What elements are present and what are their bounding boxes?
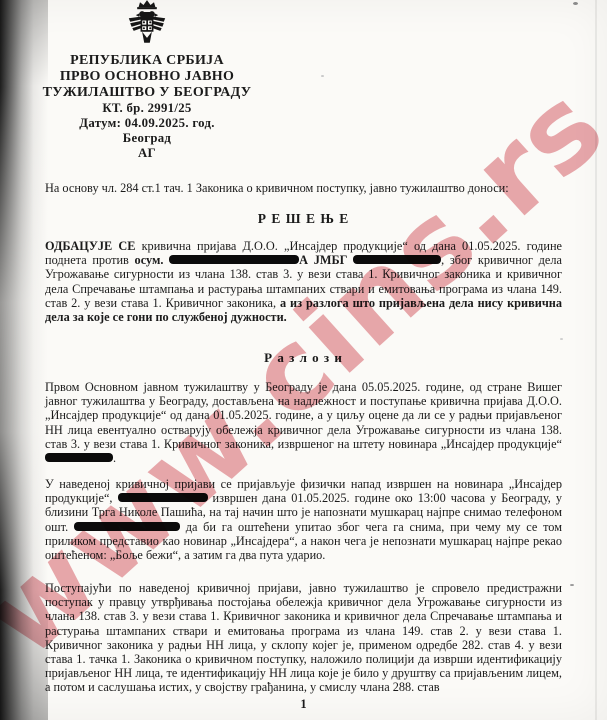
scan-speck: [560, 338, 563, 340]
redaction-bar: [74, 522, 180, 531]
page-number: 1: [45, 697, 562, 712]
document-date: Датум: 04.09.2025. год.: [30, 116, 264, 131]
scan-speck: [570, 584, 574, 586]
city: Београд: [30, 131, 264, 146]
legal-basis-line: На основу чл. 284 ст.1 тач. 1 Законика о…: [45, 181, 565, 195]
reasons-paragraph-1: Првом Основном јавном тужилаштву у Беогр…: [45, 380, 562, 465]
scan-right-edge-line: [595, 0, 597, 720]
scan-speck: [573, 2, 578, 5]
reasons-paragraph-3: Поступајући по наведеној кривичној прија…: [45, 581, 562, 695]
redaction-bar: [118, 493, 208, 502]
scan-speck: [321, 75, 324, 77]
decision-paragraph: ОДБАЦУЈЕ СЕ кривична пријава Д.О.О. „Инс…: [45, 239, 562, 324]
redaction-bar: [353, 255, 441, 264]
reasons-title: Р а з л о з и: [45, 350, 562, 366]
scanned-document-page: РЕПУБЛИКА СРБИЈА ПРВО ОСНОВНО ЈАВНО ТУЖИ…: [0, 0, 607, 720]
case-number: КТ. бр. 2991/25: [30, 101, 264, 116]
letterhead-office-1: ПРВО ОСНОВНО ЈАВНО: [30, 69, 264, 85]
letterhead-country: РЕПУБЛИКА СРБИЈА: [30, 53, 264, 69]
initials: АГ: [30, 146, 264, 161]
letterhead: РЕПУБЛИКА СРБИЈА ПРВО ОСНОВНО ЈАВНО ТУЖИ…: [30, 53, 264, 161]
decision-title: Р Е Ш Е Њ Е: [45, 211, 562, 227]
redaction-bar: [45, 453, 113, 462]
redaction-bar: [169, 255, 299, 264]
reasons-paragraph-2: У наведеној кривичној пријави се пријављ…: [45, 477, 562, 562]
serbian-coat-of-arms-icon: [126, 0, 168, 57]
letterhead-office-2: ТУЖИЛАШТВО У БЕОГРАДУ: [30, 85, 264, 101]
